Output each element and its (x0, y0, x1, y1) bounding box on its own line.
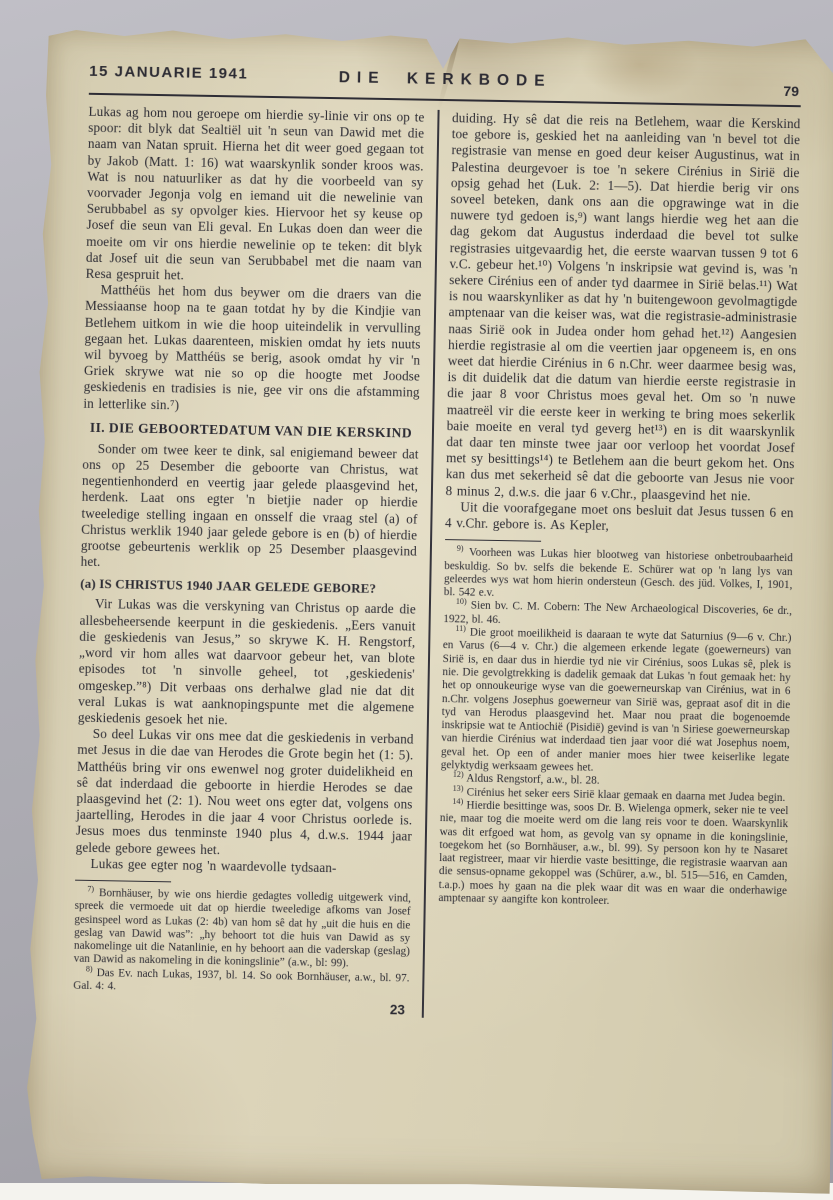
footnote-text: Die groot moeilikheid is daaraan te wyte… (441, 627, 792, 774)
footnote-marker: 9) (457, 544, 464, 553)
footnote-14: 14) Hierdie besittinge was, soos Dr. B. … (438, 799, 788, 911)
article-columns: Lukas ag hom nou geroepe om hierdie sy-l… (73, 104, 801, 1025)
paragraph-mattheus: Matthéüs het hom dus beywer om die draer… (83, 282, 421, 417)
column-divider-rule (422, 110, 439, 1018)
page-number: 79 (783, 83, 799, 99)
right-column: duiding. Hy sê dat die reis na Betlehem,… (436, 110, 800, 1024)
footnote-separator (75, 880, 171, 883)
footnote-marker: 8) (86, 964, 93, 973)
paragraph-vir-lukas: Vir Lukas was die verskyning van Christu… (78, 596, 416, 731)
footnote-text: Bornhäuser, by wie ons hierdie gedagtes … (74, 887, 411, 970)
paragraph-so-deel: So deel Lukas vir ons mee dat die geskie… (76, 726, 414, 861)
footnote-marker: 7) (87, 884, 94, 893)
footnote-7: 7) Bornhäuser, by wie ons hierdie gedagt… (74, 887, 411, 973)
footnote-text: Sien bv. C. M. Cobern: The New Archaeolo… (443, 600, 792, 626)
footnote-text: Das Ev. nach Lukas, 1937, bl. 14. So ook… (73, 967, 409, 993)
subsection-heading-1940-jaar: (a) IS CHRISTUS 1940 JAAR GELEDE GEBORE? (80, 577, 416, 598)
page-header: 15 JANUARIE 1941 DIE KERKBODE 79 (89, 49, 802, 107)
paragraph-duiding: duiding. Hy sê dat die reis na Betlehem,… (445, 110, 800, 505)
footnote-marker: 14) (452, 796, 463, 805)
footnote-8: 8) Das Ev. nach Lukas, 1937, bl. 14. So … (73, 966, 409, 998)
photo-background: { "colors":{"paper":"#d8d0b5","ink":"#2c… (0, 0, 833, 1200)
sheet-signature-number: 23 (73, 997, 409, 1018)
footnote-marker: 13) (453, 783, 464, 792)
newspaper-page: 15 JANUARIE 1941 DIE KERKBODE 79 Lukas a… (24, 26, 833, 1194)
issue-date: 15 JANUARIE 1941 (89, 63, 248, 83)
section-heading-geboortedatum: II. DIE GEBOORTEDATUM VAN DIE KERSKIND (89, 419, 413, 442)
left-column: Lukas ag hom nou geroepe om hierdie sy-l… (73, 104, 425, 1018)
footnote-marker: 10) (456, 597, 467, 606)
footnote-9: 9) Voorheen was Lukas hier blootweg van … (444, 546, 793, 605)
footnote-text: Hierdie besittinge was, soos Dr. B. Wiel… (438, 799, 788, 907)
footnote-separator (445, 539, 541, 542)
masthead-title: DIE KERKBODE (339, 69, 552, 91)
footnote-text: Aldus Rengstorf, a.w., bl. 28. (466, 773, 599, 787)
footnote-11: 11) Die groot moeilikheid is daaraan te … (441, 626, 792, 778)
paragraph-genealogy-continuation: Lukas ag hom nou geroepe om hierdie sy-l… (86, 104, 425, 288)
paragraph-uit-die-voorafgegane: Uit die voorafgegane moet ons besluit da… (445, 499, 794, 537)
paragraph-sonder: Sonder om twee keer te dink, sal enigiem… (81, 441, 419, 576)
footnote-marker: 12) (453, 770, 464, 779)
footnote-marker: 11) (455, 624, 466, 633)
footnote-text: Voorheen was Lukas hier blootweg van his… (444, 547, 793, 599)
